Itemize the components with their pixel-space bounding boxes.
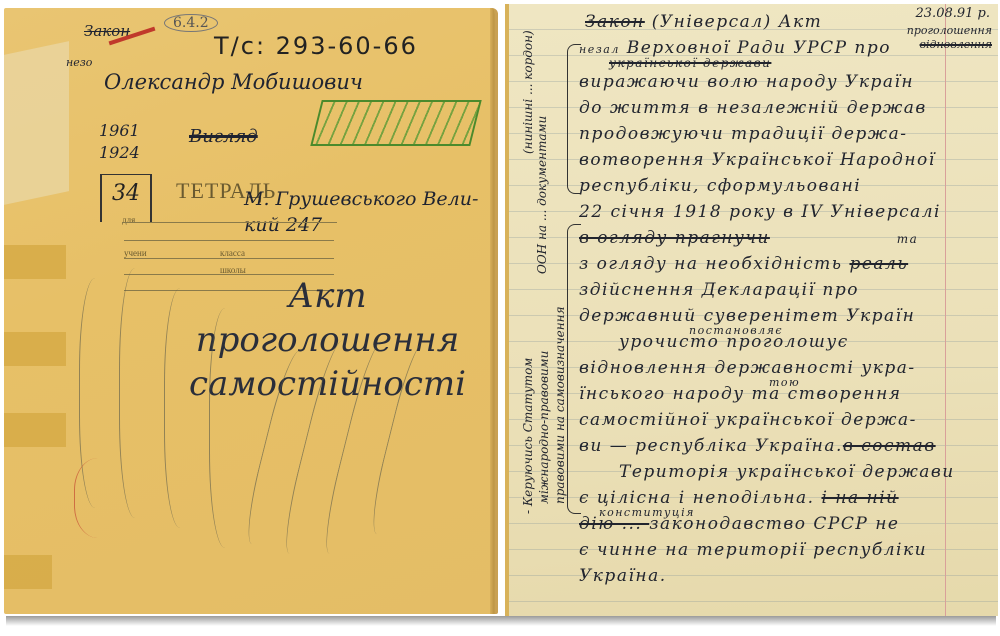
cover-phone: Т/с: 293-60-66 — [214, 32, 418, 60]
margin-note-line: ООН на ... документами — [535, 116, 549, 274]
text-line: в огляду прагнучи та — [579, 228, 999, 254]
form-label-for: для — [122, 215, 135, 225]
corner-note: незо — [66, 56, 92, 69]
notebook-cover: 6.4.2 Т/с: 293-60-66 Закон незо Олександ… — [4, 8, 498, 614]
text-line: тоюїнського народу та створення — [579, 384, 999, 410]
text-line: є чинне на території республіки — [579, 540, 999, 566]
years: 1961 1924 — [99, 120, 140, 164]
scribble — [164, 288, 204, 528]
green-scribble-box — [310, 100, 481, 146]
form-label-class: класса — [220, 248, 245, 258]
address: М. Грушевського Вели- кий 247 — [244, 186, 478, 238]
text-line-struck: української держави — [579, 56, 999, 72]
scribble — [209, 308, 249, 548]
tape-strip — [4, 555, 52, 589]
margin-note-line: - Керуючись Статутом — [521, 358, 535, 514]
margin-note-line: правовими на самовизначення — [553, 306, 567, 504]
margin-note-line: (нинішні ... кордон) — [521, 30, 535, 154]
text-line: постановляєурочисто проголошує — [579, 332, 999, 358]
text-line: ви — республіка Україна.в состав — [579, 436, 999, 462]
text-line: самостійної української держа- — [579, 410, 999, 436]
text-line: державний суверенітет Україн — [579, 306, 999, 332]
text-line: з огляду на необхідність реаль — [579, 254, 999, 280]
tape-corner — [4, 41, 69, 205]
owner-name: Олександр Мобишович — [104, 70, 363, 94]
margin-note-line: міжнародно-правовими — [537, 351, 551, 504]
text-line: незал Верховної Ради УРСР про — [579, 38, 999, 56]
text-line: вотворення Української Народної — [579, 150, 999, 176]
form-line — [124, 240, 334, 241]
form-line — [122, 222, 337, 223]
tape-strip — [4, 332, 66, 366]
tape-strip — [4, 413, 66, 447]
red-scribble — [74, 458, 134, 538]
notebook-spread: 6.4.2 Т/с: 293-60-66 Закон незо Олександ… — [0, 0, 1000, 620]
struck-word: Вигляд — [189, 126, 258, 147]
cover-edge — [490, 8, 498, 614]
form-label-pupil: учени — [124, 248, 147, 258]
handwritten-page: 23.08.91 р. проголошення відновлення (ни… — [505, 4, 998, 616]
form-line — [124, 258, 334, 259]
text-line: республіки, сформульовані — [579, 176, 999, 202]
tape-strip — [4, 245, 66, 279]
text-line: виражаючи волю народу Україн — [579, 72, 999, 98]
page-shadow — [6, 616, 996, 626]
text-line: продовжуючи традиції держа- — [579, 124, 999, 150]
page-text: Закон (Універсал) Акт незал Верховної Ра… — [579, 12, 999, 592]
text-line: здійснення Декларації про — [579, 280, 999, 306]
text-line: конституціядію ... законодавство СРСР не — [579, 514, 999, 540]
text-line: до життя в незалежній держав — [579, 98, 999, 124]
cover-code: 6.4.2 — [164, 14, 218, 32]
text-line: Територія української держави — [579, 462, 999, 488]
text-line: 22 січня 1918 року в IV Універсалі — [579, 202, 999, 228]
text-line: Україна. — [579, 566, 999, 592]
text-line: Закон (Універсал) Акт — [579, 12, 999, 38]
